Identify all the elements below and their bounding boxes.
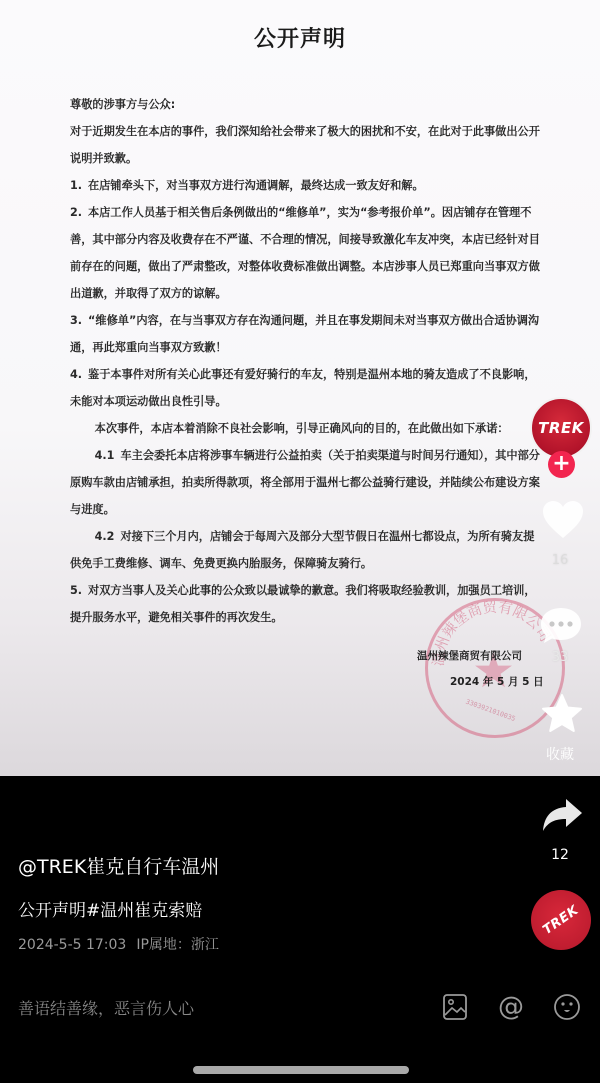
music-disc-avatar[interactable]: TREK bbox=[531, 890, 591, 950]
item-text: 对双方当事人及关心此事的公众致以最诚挚的歉意。我们将吸取经验教训，加强员工培训，… bbox=[70, 584, 536, 624]
item-text: 对接下三个月内，店铺会于每周六及部分大型节假日在温州七都设点，为所有骑友提供免手… bbox=[70, 530, 534, 570]
document-image[interactable]: 公开声明 尊敬的涉事方与公众: 对于近期发生在本店的事件，我们深知给社会带来了极… bbox=[0, 0, 600, 776]
item-text: 鉴于本事件对所有关心此事还有爱好骑行的车友，特别是温州本地的骑友造成了不良影响，… bbox=[70, 368, 536, 408]
document-body: 尊敬的涉事方与公众: 对于近期发生在本店的事件，我们深知给社会带来了极大的困扰和… bbox=[70, 91, 540, 631]
item-text: 在店铺牵头下，对当事双方进行沟通调解，最终达成一致友好和解。 bbox=[88, 179, 424, 192]
sub-item-4-2: 4.2对接下三个月内，店铺会于每周六及部分大型节假日在温州七都设点，为所有骑友提… bbox=[70, 523, 540, 577]
svg-text:3303921010035: 3303921010035 bbox=[465, 698, 517, 723]
comment-input[interactable] bbox=[18, 996, 418, 1020]
item-1: 1.在店铺牵头下，对当事双方进行沟通调解，最终达成一致友好和解。 bbox=[70, 172, 540, 199]
item-text: “维修单”内容，在与当事双方存在沟通问题，并且在事发期间未对当事双方做出合适协调… bbox=[70, 314, 539, 354]
post-meta: 2024-5-5 17:03IP属地：浙江 bbox=[18, 934, 219, 954]
author-name[interactable]: @TREK崔克自行车温州 bbox=[18, 852, 219, 879]
item-number: 4.1 bbox=[95, 449, 115, 462]
item-number: 5. bbox=[70, 584, 82, 597]
share-count: 12 bbox=[530, 847, 590, 863]
post-caption[interactable]: 公开声明#温州崔克索赔 bbox=[18, 896, 202, 921]
item-number: 4.2 bbox=[95, 530, 115, 543]
trek-logo: TREK bbox=[538, 419, 584, 437]
item-3: 3.“维修单”内容，在与当事双方存在沟通问题，并且在事发期间未对当事双方做出合适… bbox=[70, 307, 540, 361]
comment-count: 33 bbox=[530, 650, 590, 665]
ip-location: IP属地：浙江 bbox=[136, 937, 219, 953]
emoji-icon[interactable] bbox=[553, 993, 581, 1021]
item-number: 1. bbox=[70, 179, 82, 192]
share-arrow-icon[interactable] bbox=[540, 797, 584, 833]
home-indicator[interactable] bbox=[193, 1066, 409, 1074]
author-avatar[interactable]: TREK bbox=[530, 397, 592, 459]
like-heart-icon[interactable] bbox=[540, 497, 586, 543]
sub-item-4-1: 4.1车主会委托本店将涉事车辆进行公益拍卖（关于拍卖渠道与时间另行通知），其中部… bbox=[70, 442, 540, 523]
commitment-intro: 本次事件，本店本着消除不良社会影响，引导正确风向的目的，在此做出如下承诺： bbox=[70, 415, 540, 442]
document-title: 公开声明 bbox=[0, 22, 600, 53]
intro-paragraph: 对于近期发生在本店的事件，我们深知给社会带来了极大的困扰和不安，在此对于此事做出… bbox=[70, 118, 540, 172]
item-number: 2. bbox=[70, 206, 82, 219]
item-text: 车主会委托本店将涉事车辆进行公益拍卖（关于拍卖渠道与时间另行通知），其中部分原购… bbox=[70, 449, 540, 516]
item-number: 4. bbox=[70, 368, 82, 381]
like-count: 16 bbox=[530, 553, 590, 568]
signature-block: 温州辣堡商贸有限公司 2024 年 5 月 5 日 bbox=[417, 643, 544, 695]
signature-company: 温州辣堡商贸有限公司 bbox=[417, 643, 544, 669]
favorite-star-icon[interactable] bbox=[540, 692, 584, 736]
item-2: 2.本店工作人员基于相关售后条例做出的“维修单”，实为“参考报价单”。因店铺存在… bbox=[70, 199, 540, 307]
item-text: 本店工作人员基于相关售后条例做出的“维修单”，实为“参考报价单”。因店铺存在管理… bbox=[70, 206, 540, 300]
comment-bubble-icon[interactable] bbox=[538, 605, 584, 645]
image-icon[interactable] bbox=[441, 993, 469, 1021]
greeting: 尊敬的涉事方与公众: bbox=[70, 91, 540, 118]
follow-button[interactable]: + bbox=[548, 451, 575, 478]
favorite-label: 收藏 bbox=[530, 744, 590, 764]
signature-date: 2024 年 5 月 5 日 bbox=[417, 669, 544, 695]
item-5: 5.对双方当事人及关心此事的公众致以最诚挚的歉意。我们将吸取经验教训，加强员工培… bbox=[70, 577, 540, 631]
trek-logo: TREK bbox=[540, 902, 581, 937]
item-4: 4.鉴于本事件对所有关心此事还有爱好骑行的车友，特别是温州本地的骑友造成了不良影… bbox=[70, 361, 540, 415]
mention-at-icon[interactable]: @ bbox=[497, 993, 525, 1021]
item-number: 3. bbox=[70, 314, 82, 327]
post-timestamp: 2024-5-5 17:03 bbox=[18, 937, 126, 953]
